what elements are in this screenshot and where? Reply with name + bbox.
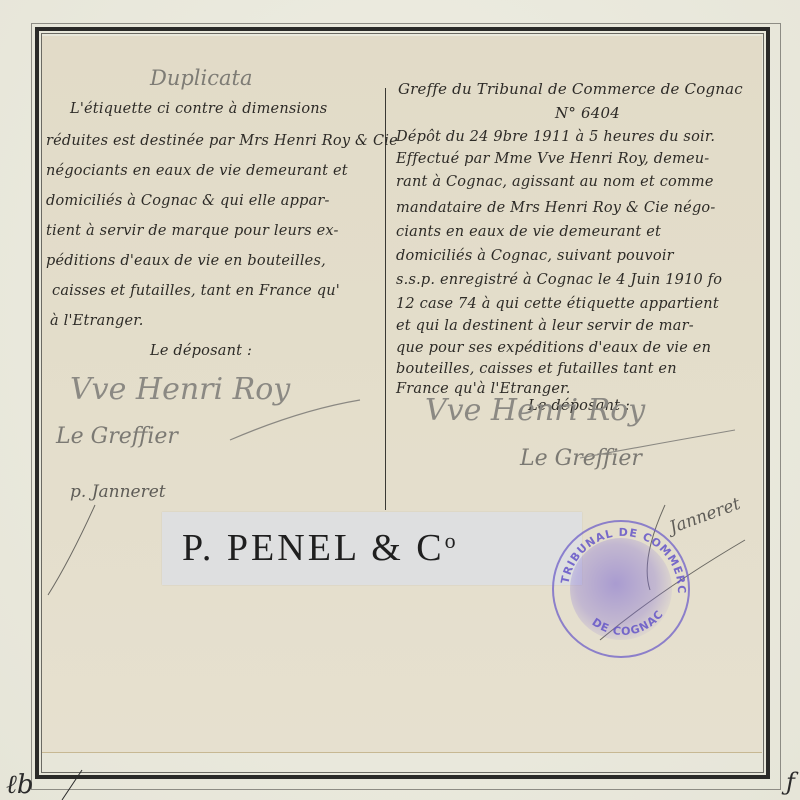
registry-heading: Greffe du Tribunal de Commerce de Cognac — [398, 80, 743, 98]
margin-mark-bottom-right: ƒ — [786, 768, 795, 796]
trademark-label-text: P. PENEL & Co — [182, 526, 456, 570]
margin-mark-bottom-left: ℓb — [6, 770, 33, 800]
right-line-10: que pour ses expéditions d'eaux de vie e… — [396, 340, 711, 356]
svg-text:TRIBUNAL DE COMMERCE: TRIBUNAL DE COMMERCE — [554, 522, 688, 594]
left-line-5: tient à servir de marque pour leurs ex- — [46, 223, 339, 239]
left-line-4: domiciliés à Cognac & qui elle appar- — [46, 193, 330, 209]
right-signature-roy: Vve Henri Roy — [425, 393, 645, 428]
left-line-8: à l'Etranger. — [50, 313, 144, 329]
left-line-7: caisses et futailles, tant en France qu' — [52, 283, 340, 299]
trademark-label: P. PENEL & Co — [162, 512, 582, 585]
column-divider — [385, 88, 386, 510]
right-line-7: s.s.p. enregistré à Cognac le 4 Juin 191… — [396, 272, 722, 288]
right-line-3: rant à Cognac, agissant au nom et comme — [396, 174, 714, 190]
right-line-4: mandataire de Mrs Henri Roy & Cie négo- — [396, 200, 715, 216]
registry-number: N° 6404 — [555, 104, 620, 122]
right-line-2: Effectué par Mme Vve Henri Roy, demeu- — [396, 151, 709, 167]
right-line-8: 12 case 74 à qui cette étiquette apparti… — [396, 296, 719, 312]
right-line-11: bouteilles, caisses et futailles tant en — [396, 361, 677, 377]
left-line-1: L'étiquette ci contre à dimensions — [70, 101, 327, 117]
left-depositant-label: Le déposant : — [150, 343, 252, 359]
left-line-3: négociants en eaux de vie demeurant et — [46, 163, 348, 179]
left-signature-janneret: p. Janneret — [70, 482, 166, 502]
left-line-2: réduites est destinée par Mrs Henri Roy … — [46, 133, 398, 149]
document-title: Duplicata — [150, 66, 252, 90]
right-signature-greffier: Le Greffier — [520, 446, 642, 471]
svg-text:DE COGNAC: DE COGNAC — [590, 607, 667, 638]
right-line-6: domiciliés à Cognac, suivant pouvoir — [396, 248, 674, 264]
stamp-lettering: TRIBUNAL DE COMMERCE DE COGNAC — [554, 522, 692, 660]
right-line-5: ciants en eaux de vie demeurant et — [396, 224, 661, 240]
left-line-6: péditions d'eaux de vie en bouteilles, — [46, 253, 326, 269]
right-line-9: et qui la destinent à leur servir de mar… — [396, 318, 694, 334]
left-signature-greffier: Le Greffier — [56, 424, 178, 449]
right-line-1: Dépôt du 24 9bre 1911 à 5 heures du soir… — [396, 129, 715, 145]
tribunal-stamp: TRIBUNAL DE COMMERCE DE COGNAC — [552, 520, 690, 658]
left-signature-roy: Vve Henri Roy — [70, 372, 290, 407]
